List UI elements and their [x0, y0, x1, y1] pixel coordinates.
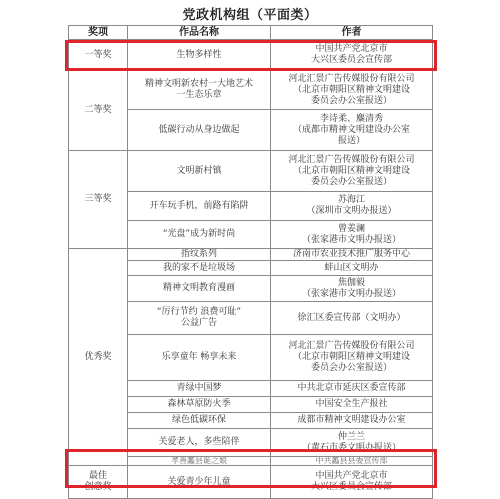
work-cell: “光盘”成为新时尚 [128, 221, 271, 249]
author-cell: 中国共产党北京市 大兴区委员会宣传部 [271, 40, 433, 71]
header-author: 作者 [271, 26, 433, 40]
table-row: 一等奖 生物多样性 中国共产党北京市 大兴区委员会宣传部 [69, 40, 433, 71]
author-cell: 河北汇景广告传媒股份有限公司 （北京市朝阳区精神文明建设 委员会办公室报送） [271, 335, 433, 381]
work-cell: 青绿中国梦 [128, 381, 271, 397]
awards-table: 奖项 作品名称 作者 一等奖 生物多样性 中国共产党北京市 大兴区委员会宣传部 … [68, 25, 433, 499]
author-cell: 济南市农业技术推广服务中心 [271, 249, 433, 261]
author-cell: 中国安全生产报社 [271, 397, 433, 413]
work-cell: 孝善蠡县诞之娘 [128, 457, 271, 466]
award-cell-excellence: 优秀奖 [69, 249, 128, 466]
work-cell: “厉行节约 浪费可耻” 公益广告 [128, 302, 271, 335]
work-cell: 精神文明新农村一大地艺术 一生态乐章 [128, 71, 271, 110]
author-cell: 曾姜澜 （张家港市文明办报送） [271, 221, 433, 249]
work-cell: 绿色低碳环保 [128, 413, 271, 429]
author-cell: 河北汇景广告传媒股份有限公司 （北京市朝阳区精神文明建设 委员会办公室报送） [271, 151, 433, 192]
author-cell: 中国共产党北京市 大兴区委员会宣传部 [271, 466, 433, 499]
table-header-row: 奖项 作品名称 作者 [69, 26, 433, 40]
author-cell: 焦伽毅 （张家港市文明办报送） [271, 276, 433, 302]
award-cell-second: 二等奖 [69, 71, 128, 151]
table-row: 最佳 创意奖 关爱青少年儿童 中国共产党北京市 大兴区委员会宣传部 [69, 466, 433, 499]
table-row: 优秀奖 指纹系列 济南市农业技术推广服务中心 [69, 249, 433, 261]
work-cell: 关爱青少年儿童 [128, 466, 271, 499]
work-cell: 森林草原防火季 [128, 397, 271, 413]
work-cell: 关爱老人，多些陪伴 [128, 429, 271, 457]
award-cell-third: 三等奖 [69, 151, 128, 249]
work-cell: 低碳行动从身边做起 [128, 110, 271, 151]
author-cell: 中共蠡县县委宣传部 [271, 457, 433, 466]
work-cell: 生物多样性 [128, 40, 271, 71]
author-cell: 仲兰兰 （黄石市委文明办报送） [271, 429, 433, 457]
header-award: 奖项 [69, 26, 128, 40]
work-cell: 文明新村镇 [128, 151, 271, 192]
work-cell: 我的家不是垃圾场 [128, 261, 271, 276]
author-cell: 河北汇景广告传媒股份有限公司 （北京市朝阳区精神文明建设 委员会办公室报送） [271, 71, 433, 110]
work-cell: 乐享童年 畅享未来 [128, 335, 271, 381]
work-cell: 开车玩手机，前路有陷阱 [128, 192, 271, 221]
work-cell: 精神文明教育漫画 [128, 276, 271, 302]
table-row: 二等奖 精神文明新农村一大地艺术 一生态乐章 河北汇景广告传媒股份有限公司 （北… [69, 71, 433, 110]
author-cell: 徐汇区委宣传部（文明办） [271, 302, 433, 335]
author-cell: 李诗柔、麋清秀 （成都市精神文明建设办公室 报送） [271, 110, 433, 151]
document-title: 党政机构组（平面类） [0, 4, 500, 23]
author-cell: 蚌山区文明办 [271, 261, 433, 276]
award-cell-first: 一等奖 [69, 40, 128, 71]
table-row: 三等奖 文明新村镇 河北汇景广告传媒股份有限公司 （北京市朝阳区精神文明建设 委… [69, 151, 433, 192]
award-cell-best-creative: 最佳 创意奖 [69, 466, 128, 499]
work-cell: 指纹系列 [128, 249, 271, 261]
author-cell: 成都市精神文明建设办公室 [271, 413, 433, 429]
author-cell: 中共北京市延庆区委宣传部 [271, 381, 433, 397]
author-cell: 苏海江 （深圳市文明办报送） [271, 192, 433, 221]
header-work: 作品名称 [128, 26, 271, 40]
